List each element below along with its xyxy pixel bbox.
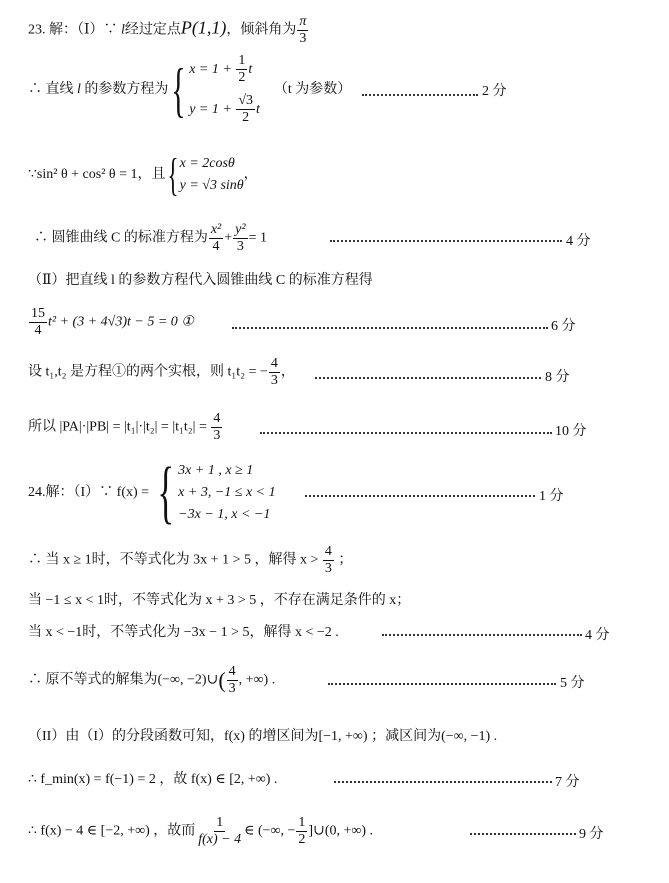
dot-leader	[315, 377, 541, 379]
brace: {	[157, 458, 174, 528]
text: , +∞) .	[239, 673, 276, 688]
num: 4	[269, 356, 280, 373]
dot-leader	[260, 432, 552, 434]
dot-leader	[328, 683, 556, 685]
num: π	[297, 14, 308, 31]
t: t	[256, 102, 260, 117]
q24-part2: （II）由（I）的分段函数可知，f(x) 的增区间为[−1, +∞) ；减区间为…	[28, 728, 497, 746]
eq: = 1	[249, 231, 267, 246]
num: √3	[236, 93, 255, 110]
den: 3	[297, 31, 308, 47]
q23-conic-line: ∴ 圆锥曲线 C 的标准方程为x²4+y²3= 1	[34, 222, 267, 255]
den: 2	[296, 832, 307, 848]
text: ；	[335, 553, 353, 568]
den: 3	[323, 561, 334, 577]
text: ∴ f(x) − 4 ∈ [−2, +∞) ，故而	[28, 824, 195, 839]
text: ∴ 直线	[28, 82, 77, 97]
score-8: 8 分	[545, 366, 570, 386]
identity: ∵sin² θ + cos² θ = 1，且	[28, 167, 166, 182]
q24-min-line: ∴ f_min(x) = f(−1) = 2 ，故 f(x) ∈ [2, +∞)…	[28, 771, 277, 789]
angle-fraction: π3	[297, 14, 308, 47]
score-9: 9 分	[579, 823, 604, 843]
q23-equation-line: 154t² + (3 + 4√3)t − 5 = 0 ①	[28, 306, 194, 339]
score-5: 5 分	[560, 672, 585, 692]
score-2: 2 分	[482, 80, 507, 100]
q23-header: 23. 解：（Ⅰ）∵	[28, 23, 121, 38]
num: 4	[323, 544, 334, 561]
q23-identity-line: ∵sin² θ + cos² θ = 1，且{ x = 2cosθ y = √3…	[28, 152, 258, 198]
text: ]∪(0, +∞) .	[308, 824, 373, 839]
q23-param-line: ∴ 直线 l 的参数方程为{ x = 1 + 12t y = 1 + √32t …	[28, 50, 351, 130]
den: 3	[227, 681, 238, 697]
den: 2	[240, 110, 251, 126]
num: 15	[29, 306, 47, 323]
q24-s3: 当 x < −1时，不等式化为 −3x − 1 > 5，解得 x < −2 .	[28, 624, 339, 642]
num: x²	[209, 222, 223, 239]
text: ∴ 当 x ≥ 1时，不等式化为 3x + 1 > 5 ，解得 x >	[28, 553, 322, 568]
num: 4	[211, 411, 222, 428]
conic-param-system: x = 2cosθ y = √3 sinθ	[180, 153, 244, 197]
text: 的参数方程为	[81, 82, 169, 97]
den: 4	[33, 323, 44, 339]
piecewise: 3x + 1 , x ≥ 1 x + 3, −1 ≤ x < 1 −3x − 1…	[178, 460, 275, 526]
equation: t² + (3 + 4√3)t − 5 = 0 ①	[48, 315, 194, 330]
case-1: 3x + 1 , x ≥ 1	[178, 460, 275, 482]
q23-roots-line: 设 t₁,t₂ 是方程①的两个实根，则 t₁t₂ = −43，	[28, 356, 295, 389]
text: ∴ 原不等式的解集为(−∞, −2)∪	[28, 673, 218, 688]
brace: {	[167, 152, 178, 198]
dot-leader	[232, 327, 548, 329]
q23-line1: 23. 解：（Ⅰ）∵ l经过定点P(1,1)，倾斜角为π3	[28, 14, 309, 47]
eq-y: y = √3 sinθ	[180, 175, 244, 197]
score-10: 10 分	[555, 420, 587, 440]
q24-solution-line: ∴ 原不等式的解集为(−∞, −2)∪(43, +∞) .	[28, 664, 275, 697]
dot-leader	[470, 833, 576, 835]
eq-y: y = 1 +	[189, 102, 235, 117]
brace: {	[172, 60, 186, 120]
den: 3	[269, 373, 280, 389]
q24-s2: 当 −1 ≤ x < 1时，不等式化为 x + 3 > 5 ，不存在满足条件的 …	[28, 592, 410, 610]
text: ，倾斜角为	[226, 23, 296, 38]
q24-header: 24.解：（I）∵ f(x) =	[28, 485, 153, 500]
case-3: −3x − 1, x < −1	[178, 504, 275, 526]
point-p: P(1,1)	[181, 18, 226, 38]
den: 3	[235, 239, 246, 255]
q23-final-line: 所以 |PA|·|PB| = |t₁|·|t₂| = |t₁t₂| = 43	[28, 411, 223, 444]
param-system: x = 1 + 12t y = 1 + √32t	[189, 50, 260, 130]
case-2: x + 3, −1 ≤ x < 1	[178, 482, 275, 504]
eq-x: x = 2cosθ	[180, 153, 244, 175]
dot-leader	[305, 495, 535, 497]
num: 1	[214, 815, 225, 832]
q23-part2: （Ⅱ）把直线 l 的参数方程代入圆锥曲线 C 的标准方程得	[28, 272, 373, 290]
num: 4	[227, 664, 238, 681]
den: 3	[211, 428, 222, 444]
num: y²	[233, 222, 247, 239]
score-7: 7 分	[555, 771, 580, 791]
num: 1	[296, 815, 307, 832]
t: t	[248, 62, 252, 77]
den: 4	[211, 239, 222, 255]
dot-leader	[334, 781, 552, 783]
den: 2	[236, 70, 247, 86]
q24-s1-line: ∴ 当 x ≥ 1时，不等式化为 3x + 1 > 5 ，解得 x > 43 ；	[28, 544, 352, 577]
score-4: 4 分	[566, 230, 591, 250]
score-1: 1 分	[539, 485, 564, 505]
q24-last-line: ∴ f(x) − 4 ∈ [−2, +∞) ，故而1f(x) − 4∈ (−∞,…	[28, 815, 373, 848]
dot-leader	[382, 634, 582, 636]
dot-leader	[330, 240, 562, 242]
den: f(x) − 4	[196, 832, 243, 848]
comma: ，	[244, 167, 258, 182]
score-6: 6 分	[551, 315, 576, 335]
eq-x: x = 1 +	[189, 62, 235, 77]
text: 经过定点	[125, 23, 181, 38]
text: ∈ (−∞, −	[244, 824, 295, 839]
q24-header-line: 24.解：（I）∵ f(x) = { 3x + 1 , x ≥ 1 x + 3,…	[28, 458, 276, 528]
text: 设 t₁,t₂ 是方程①的两个实根，则 t₁t₂ = −	[28, 365, 268, 380]
score-4: 4 分	[585, 624, 610, 644]
num: 1	[236, 53, 247, 70]
text: ∴ 圆锥曲线 C 的标准方程为	[34, 231, 208, 246]
text: 所以 |PA|·|PB| = |t₁|·|t₂| = |t₁t₂| =	[28, 420, 210, 435]
param-note: （t 为参数）	[274, 82, 351, 97]
dot-leader	[362, 94, 478, 96]
text: ，	[281, 365, 295, 380]
